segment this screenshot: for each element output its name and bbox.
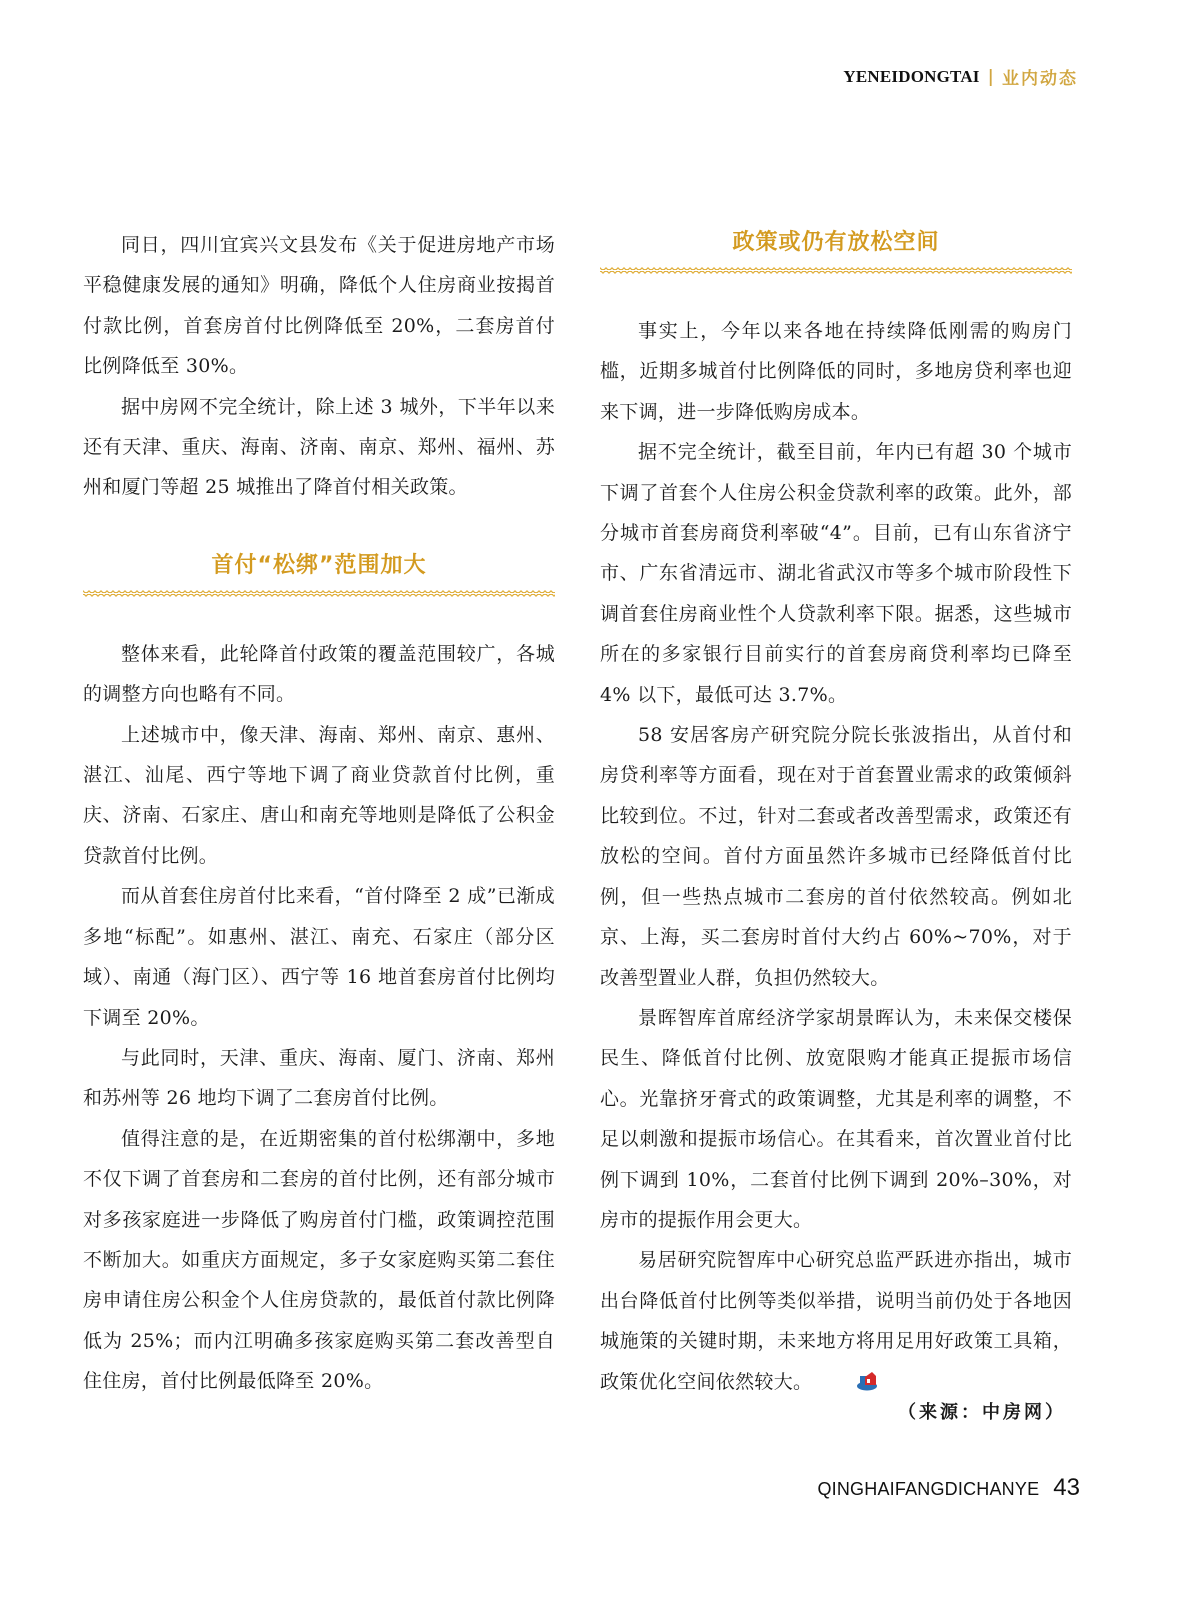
- running-header: YENEIDONGTAI | 业内动态: [843, 64, 1078, 89]
- paragraph: 同日，四川宜宾兴文县发布《关于促进房地产市场平稳健康发展的通知》明确，降低个人住…: [83, 225, 555, 387]
- house-logo-icon: [818, 1365, 840, 1385]
- magazine-name: QINGHAIFANGDICHANYE: [817, 1479, 1039, 1500]
- paragraph: 而从首套住房首付比来看，“首付降至 2 成”已渐成多地“标配”。如惠州、湛江、南…: [83, 876, 555, 1038]
- section-title: 政策或仍有放松空间: [600, 225, 1072, 261]
- paragraph: 与此同时，天津、重庆、海南、厦门、济南、郑州和苏州等 26 地均下调了二套房首付…: [83, 1038, 555, 1119]
- section-name-en: YENEIDONGTAI: [843, 67, 979, 87]
- section-name-cn: 业内动态: [1002, 64, 1078, 89]
- section-heading: 首付“松绑”范围加大: [83, 548, 555, 598]
- paragraph: 值得注意的是，在近期密集的首付松绑潮中，多地不仅下调了首套房和二套房的首付比例，…: [83, 1119, 555, 1402]
- header-divider: |: [988, 67, 994, 87]
- paragraph: 据中房网不完全统计，除上述 3 城外，下半年以来还有天津、重庆、海南、济南、南京…: [83, 387, 555, 508]
- section-title: 首付“松绑”范围加大: [83, 548, 555, 584]
- page-footer: QINGHAIFANGDICHANYE 43: [817, 1474, 1080, 1502]
- right-column: 政策或仍有放松空间 事实上，今年以来各地在持续降低刚需的购房门槛，近期多城首付比…: [600, 225, 1072, 1402]
- paragraph: 事实上，今年以来各地在持续降低刚需的购房门槛，近期多城首付比例降低的同时，多地房…: [600, 311, 1072, 432]
- paragraph: 据不完全统计，截至目前，年内已有超 30 个城市下调了首套个人住房公积金贷款利率…: [600, 432, 1072, 715]
- paragraph: 景晖智库首席经济学家胡景晖认为，未来保交楼保民生、降低首付比例、放宽限购才能真正…: [600, 998, 1072, 1240]
- paragraph: 58 安居客房产研究院分院长张波指出，从首付和房贷利率等方面看，现在对于首套置业…: [600, 715, 1072, 998]
- wavy-divider: [600, 267, 1072, 275]
- left-column: 同日，四川宜宾兴文县发布《关于促进房地产市场平稳健康发展的通知》明确，降低个人住…: [83, 225, 555, 1402]
- paragraph: 整体来看，此轮降首付政策的覆盖范围较广，各城的调整方向也略有不同。: [83, 634, 555, 715]
- paragraph: 上述城市中，像天津、海南、郑州、南京、惠州、湛江、汕尾、西宁等地下调了商业贷款首…: [83, 715, 555, 877]
- source-credit: （来源：中房网）: [898, 1398, 1066, 1424]
- page-number: 43: [1053, 1474, 1080, 1502]
- section-heading: 政策或仍有放松空间: [600, 225, 1072, 275]
- paragraph: 易居研究院智库中心研究总监严跃进亦指出，城市出台降低首付比例等类似举措，说明当前…: [600, 1240, 1072, 1402]
- wavy-divider: [83, 590, 555, 598]
